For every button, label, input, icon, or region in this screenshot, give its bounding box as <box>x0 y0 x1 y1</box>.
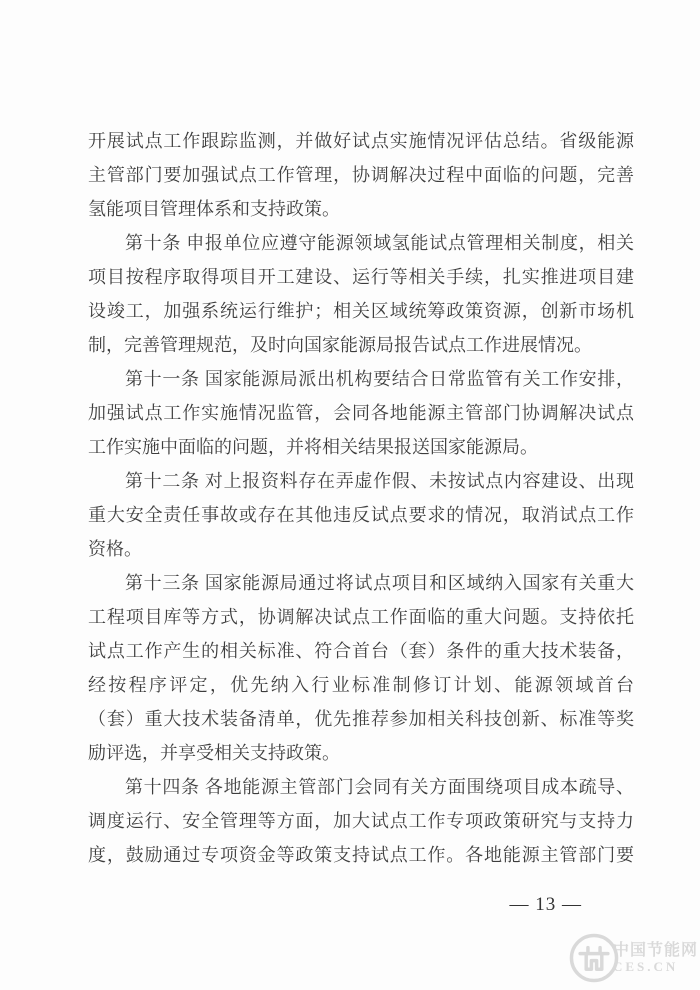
text-line: 经按程序评定，优先纳入行业标准制修订计划、能源领域首台 <box>88 668 634 702</box>
document-body: 开展试点工作跟踪监测，并做好试点实施情况评估总结。省级能源 主管部门要加强试点工… <box>88 124 634 872</box>
text-line: 工作实施中面临的问题，并将相关结果报送国家能源局。 <box>88 430 634 464</box>
text-line: 项目按程序取得项目开工建设、运行等相关手续，扎实推进项目建 <box>88 260 634 294</box>
watermark: 中国节能网 CES.CN <box>568 932 698 984</box>
text-line: 第十三条 国家能源局通过将试点项目和区域纳入国家有关重大 <box>88 566 634 600</box>
page-number: — 13 — <box>510 894 583 916</box>
text-line: 调度运行、安全管理等方面，加大试点工作专项政策研究与支持力 <box>88 804 634 838</box>
text-line: 第十四条 各地能源主管部门会同有关方面围绕项目成本疏导、 <box>88 770 634 804</box>
text-line: 加强试点工作实施情况监管，会同各地能源主管部门协调解决试点 <box>88 396 634 430</box>
text-line: 制，完善管理规范，及时向国家能源局报告试点工作进展情况。 <box>88 328 634 362</box>
text-line: 设竣工，加强系统运行维护；相关区域统筹政策资源，创新市场机 <box>88 294 634 328</box>
text-line: 工程项目库等方式，协调解决试点工作面临的重大问题。支持依托 <box>88 600 634 634</box>
text-line: 度，鼓励通过专项资金等政策支持试点工作。各地能源主管部门要 <box>88 838 634 872</box>
text-line: 试点工作产生的相关标准、符合首台（套）条件的重大技术装备， <box>88 634 634 668</box>
text-line: 主管部门要加强试点工作管理，协调解决过程中面临的问题，完善 <box>88 158 634 192</box>
text-line: 氢能项目管理体系和支持政策。 <box>88 192 634 226</box>
watermark-text: 中国节能网 CES.CN <box>613 943 698 973</box>
text-line: 励评选，并享受相关支持政策。 <box>88 736 634 770</box>
text-line: 第十二条 对上报资料存在弄虚作假、未按试点内容建设、出现 <box>88 464 634 498</box>
text-line: 第十一条 国家能源局派出机构要结合日常监管有关工作安排， <box>88 362 634 396</box>
text-line: 重大安全责任事故或存在其他违反试点要求的情况，取消试点工作 <box>88 498 634 532</box>
text-line: 资格。 <box>88 532 634 566</box>
watermark-domain: CES.CN <box>613 960 698 974</box>
text-line: 第十条 申报单位应遵守能源领域氢能试点管理相关制度，相关 <box>88 226 634 260</box>
text-line: 开展试点工作跟踪监测，并做好试点实施情况评估总结。省级能源 <box>88 124 634 158</box>
watermark-site-name: 中国节能网 <box>613 943 698 960</box>
text-line: （套）重大技术装备清单，优先推荐参加相关科技创新、标准等奖 <box>88 702 634 736</box>
